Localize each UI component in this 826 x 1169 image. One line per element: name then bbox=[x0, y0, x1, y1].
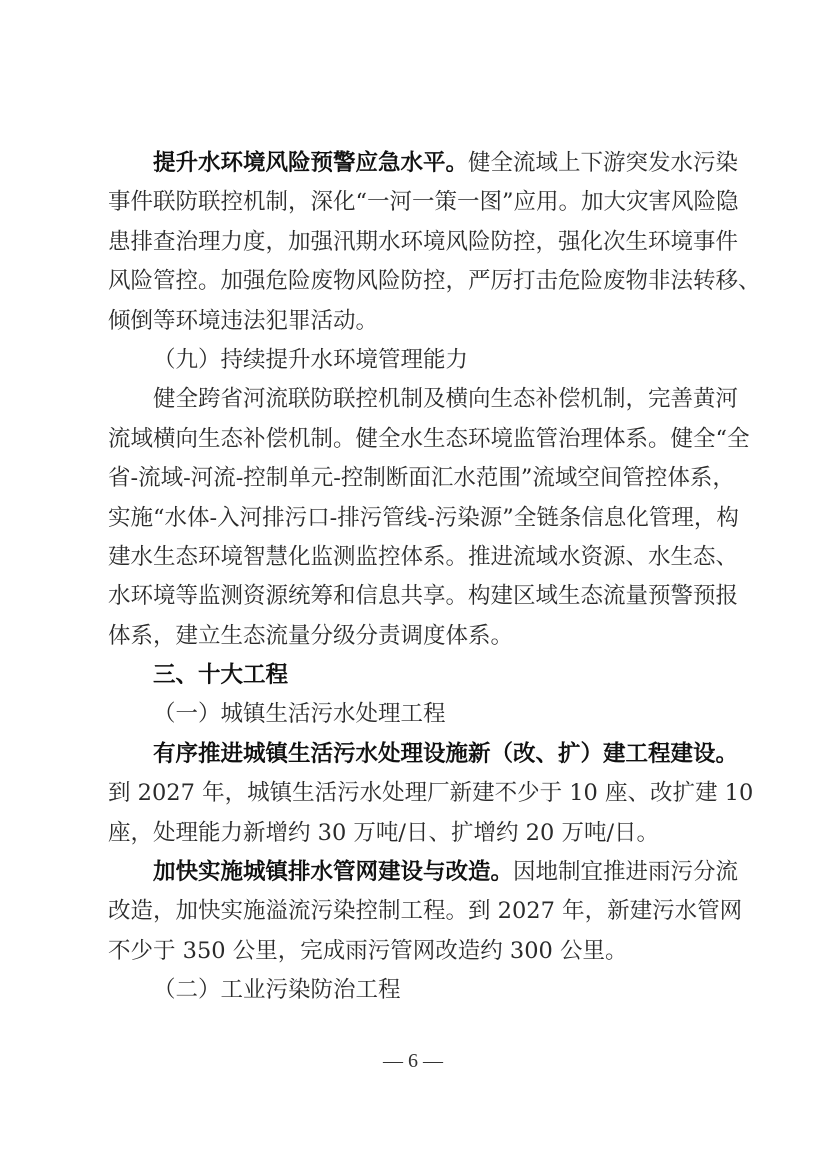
paragraph-line: 风险管控。加强危险废物风险防控，严厉打击危险废物非法转移、 bbox=[108, 262, 720, 301]
paragraph-line: 座，处理能力新增约 30 万吨/日、扩增约 20 万吨/日。 bbox=[108, 814, 720, 853]
paragraph-line: 提升水环境风险预警应急水平。健全流域上下游突发水污染 bbox=[108, 144, 720, 183]
paragraph-line: 改造，加快实施溢流污染控制工程。到 2027 年，新建污水管网 bbox=[108, 892, 720, 931]
paragraph-line: 流域横向生态补偿机制。健全水生态环境监管治理体系。健全“全 bbox=[108, 420, 720, 459]
line-text: 健全流域上下游突发水污染 bbox=[468, 150, 738, 176]
paragraph-line: 倾倒等环境违法犯罪活动。 bbox=[108, 302, 720, 341]
paragraph-line: 到 2027 年，城镇生活污水处理厂新建不少于 10 座、改扩建 10 bbox=[108, 774, 720, 813]
document-page: 提升水环境风险预警应急水平。健全流域上下游突发水污染 事件联防联控机制，深化“一… bbox=[0, 0, 826, 1169]
subheading-2: （二）工业污染防治工程 bbox=[108, 971, 720, 1010]
paragraph-line: 有序推进城镇生活污水处理设施新（改、扩）建工程建设。 bbox=[108, 735, 720, 774]
paragraph-line: 实施“水体-入河排污口-排污管线-污染源”全链条信息化管理，构 bbox=[108, 499, 720, 538]
page-number: — 6 — bbox=[0, 1050, 826, 1073]
paragraph-line: 事件联防联控机制，深化“一河一策一图”应用。加大灾害风险隐 bbox=[108, 183, 720, 222]
paragraph-line: 省-流域-河流-控制单元-控制断面汇水范围”流域空间管控体系， bbox=[108, 459, 720, 498]
subheading-1: （一）城镇生活污水处理工程 bbox=[108, 695, 720, 734]
paragraph-line: 水环境等监测资源统筹和信息共享。构建区域生态流量预警预报 bbox=[108, 577, 720, 616]
paragraph-line: 健全跨省河流联防联控机制及横向生态补偿机制，完善黄河 bbox=[108, 380, 720, 419]
line-text: 因地制宜推进雨污分流 bbox=[513, 859, 738, 885]
paragraph-line: 加快实施城镇排水管网建设与改造。因地制宜推进雨污分流 bbox=[108, 853, 720, 892]
subheading-9: （九）持续提升水环境管理能力 bbox=[108, 341, 720, 380]
page-content: 提升水环境风险预警应急水平。健全流域上下游突发水污染 事件联防联控机制，深化“一… bbox=[108, 144, 720, 1011]
paragraph-line: 不少于 350 公里，完成雨污管网改造约 300 公里。 bbox=[108, 932, 720, 971]
section-heading: 三、十大工程 bbox=[108, 656, 720, 695]
bold-lead: 提升水环境风险预警应急水平。 bbox=[153, 150, 468, 176]
paragraph-line: 体系，建立生态流量分级分责调度体系。 bbox=[108, 617, 720, 656]
bold-lead: 加快实施城镇排水管网建设与改造。 bbox=[153, 859, 513, 885]
bold-lead: 有序推进城镇生活污水处理设施新（改、扩）建工程建设。 bbox=[153, 741, 738, 767]
paragraph-line: 建水生态环境智慧化监测监控体系。推进流域水资源、水生态、 bbox=[108, 538, 720, 577]
paragraph-line: 患排查治理力度，加强汛期水环境风险防控，强化次生环境事件 bbox=[108, 223, 720, 262]
